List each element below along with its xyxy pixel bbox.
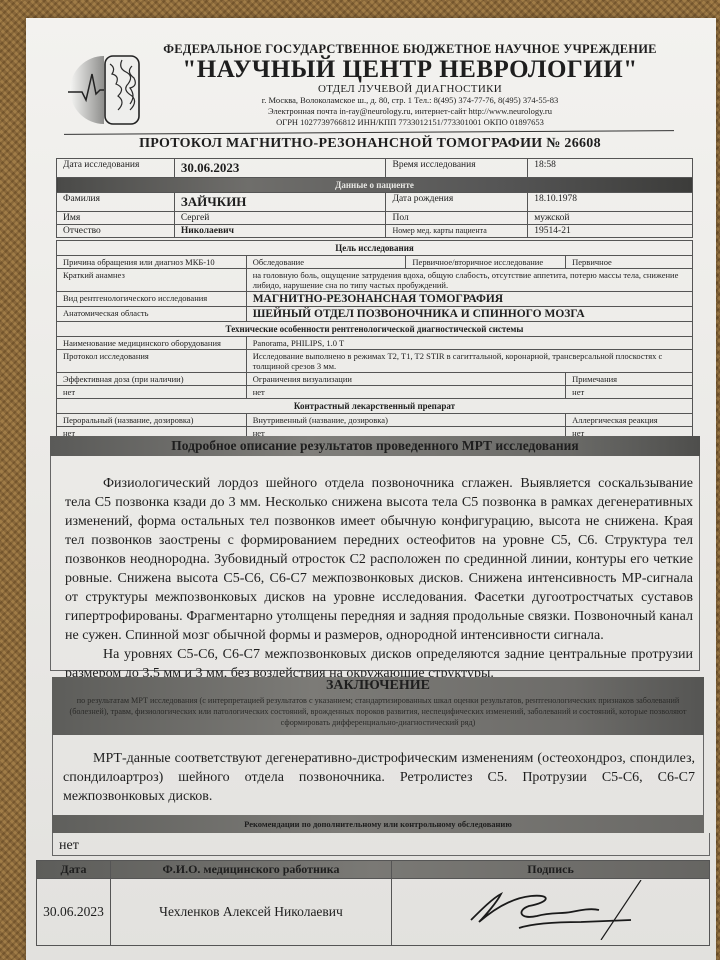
description-body: Физиологический лордоз шейного отдела по…	[50, 456, 700, 671]
conclusion-subtitle: по результатам МРТ исследования (с интер…	[52, 695, 704, 728]
recommendations-text: нет	[52, 833, 710, 856]
sign-date: 30.06.2023	[37, 879, 111, 946]
brain-ecg-logo-icon	[66, 50, 146, 128]
card-label: Номер мед. карты пациента	[386, 225, 528, 238]
org-ids: ОГРН 1027739766812 ИНН/КПП 7733012151/77…	[150, 117, 670, 128]
limits: нет	[246, 386, 565, 399]
description-paragraph: Физиологический лордоз шейного отдела по…	[51, 474, 699, 645]
patient-section-header: Данные о пациенте	[57, 178, 693, 193]
iv-label: Внутривенный (название, дозировка)	[246, 414, 565, 427]
department: ОТДЕЛ ЛУЧЕВОЙ ДИАГНОСТИКИ	[150, 83, 670, 95]
sex: мужской	[528, 212, 693, 225]
technical-section-header: Технические особенности рентгенологическ…	[57, 322, 693, 337]
primary: Первичное	[566, 256, 693, 269]
sign-label: Подпись	[392, 861, 710, 879]
area-label: Анатомическая область	[57, 307, 247, 322]
equipment: Panorama, PHILIPS, 1.0 T	[246, 337, 692, 350]
name: Сергей	[174, 212, 386, 225]
purpose-table: Цель исследования Причина обращения или …	[56, 240, 693, 440]
anamnesis-label: Краткий анамнез	[57, 269, 247, 292]
study-time: 18:58	[528, 159, 693, 178]
primary-label: Первичное/вторичное исследование	[406, 256, 566, 269]
conclusion-header: ЗАКЛЮЧЕНИЕ по результатам МРТ исследован…	[52, 677, 704, 735]
dose: нет	[57, 386, 247, 399]
surname: ЗАЙЧКИН	[174, 193, 386, 212]
signature-cell	[392, 879, 710, 946]
protocol-label: Протокол исследования	[57, 350, 247, 373]
org-name: "НАУЧНЫЙ ЦЕНТР НЕВРОЛОГИИ"	[150, 57, 670, 83]
protocol-title: ПРОТОКОЛ МАГНИТНО-РЕЗОНАНСНОЙ ТОМОГРАФИИ…	[60, 136, 680, 152]
anatomical-area: ШЕЙНЫЙ ОТДЕЛ ПОЗВОНОЧНИКА И СПИННОГО МОЗ…	[246, 307, 692, 322]
equipment-label: Наименование медицинского оборудования	[57, 337, 247, 350]
letterhead: ФЕДЕРАЛЬНОЕ ГОСУДАРСТВЕННОЕ БЮДЖЕТНОЕ НА…	[40, 18, 660, 118]
address: г. Москва, Волоколамское ш., д. 80, стр.…	[150, 95, 670, 106]
contacts: Электронная почта in-ray@neurology.ru, и…	[150, 106, 670, 117]
protocol: Исследование выполнено в режимах T2, T1,…	[246, 350, 692, 373]
study-date: 30.06.2023	[174, 159, 386, 178]
dob-label: Дата рождения	[386, 193, 528, 212]
dob: 18.10.1978	[528, 193, 693, 212]
recommendations-header: Рекомендации по дополнительному или конт…	[52, 815, 704, 833]
name-label: Имя	[57, 212, 175, 225]
notes: нет	[566, 386, 693, 399]
anamnesis: на головную боль, ощущение затрудения вд…	[246, 269, 692, 292]
sign-date-label: Дата	[37, 861, 111, 879]
allergy-label: Аллергическая реакция	[566, 414, 693, 427]
reason-label: Причина обращения или диагноз МКБ-10	[57, 256, 247, 269]
doctor-name: Чехленков Алексей Николаевич	[110, 879, 391, 946]
reason: Обследование	[246, 256, 406, 269]
card-number: 19514-21	[528, 225, 693, 238]
surname-label: Фамилия	[57, 193, 175, 212]
contrast-section-header: Контрастный лекарственный препарат	[57, 399, 693, 414]
patronymic-label: Отчество	[57, 225, 175, 238]
notes-label: Примечания	[566, 373, 693, 386]
conclusion-title: ЗАКЛЮЧЕНИЕ	[52, 677, 704, 695]
conclusion-text: МРТ-данные соответствуют дегенеративно-д…	[53, 749, 703, 806]
sign-name-label: Ф.И.О. медицинского работника	[110, 861, 391, 879]
study-time-label: Время исследования	[386, 159, 528, 178]
limits-label: Ограничения визуализации	[246, 373, 565, 386]
study-date-label: Дата исследования	[57, 159, 175, 178]
org-line: ФЕДЕРАЛЬНОЕ ГОСУДАРСТВЕННОЕ БЮДЖЕТНОЕ НА…	[150, 42, 670, 57]
sex-label: Пол	[386, 212, 528, 225]
handwritten-signature-icon	[401, 880, 701, 940]
conclusion-body: МРТ-данные соответствуют дегенеративно-д…	[52, 735, 704, 816]
patient-table: Дата исследования 30.06.2023 Время иссле…	[56, 158, 693, 238]
oral-label: Пероральный (название, дозировка)	[57, 414, 247, 427]
signature-table: Дата Ф.И.О. медицинского работника Подпи…	[36, 860, 710, 946]
study-type-label: Вид рентгенологического исследования	[57, 292, 247, 307]
study-type: МАГНИТНО-РЕЗОНАНСНАЯ ТОМОГРАФИЯ	[246, 292, 692, 307]
patronymic: Николаевич	[174, 225, 386, 238]
dose-label: Эффективная доза (при наличии)	[57, 373, 247, 386]
description-section-header: Подробное описание результатов проведенн…	[50, 436, 700, 456]
purpose-section-header: Цель исследования	[57, 241, 693, 256]
